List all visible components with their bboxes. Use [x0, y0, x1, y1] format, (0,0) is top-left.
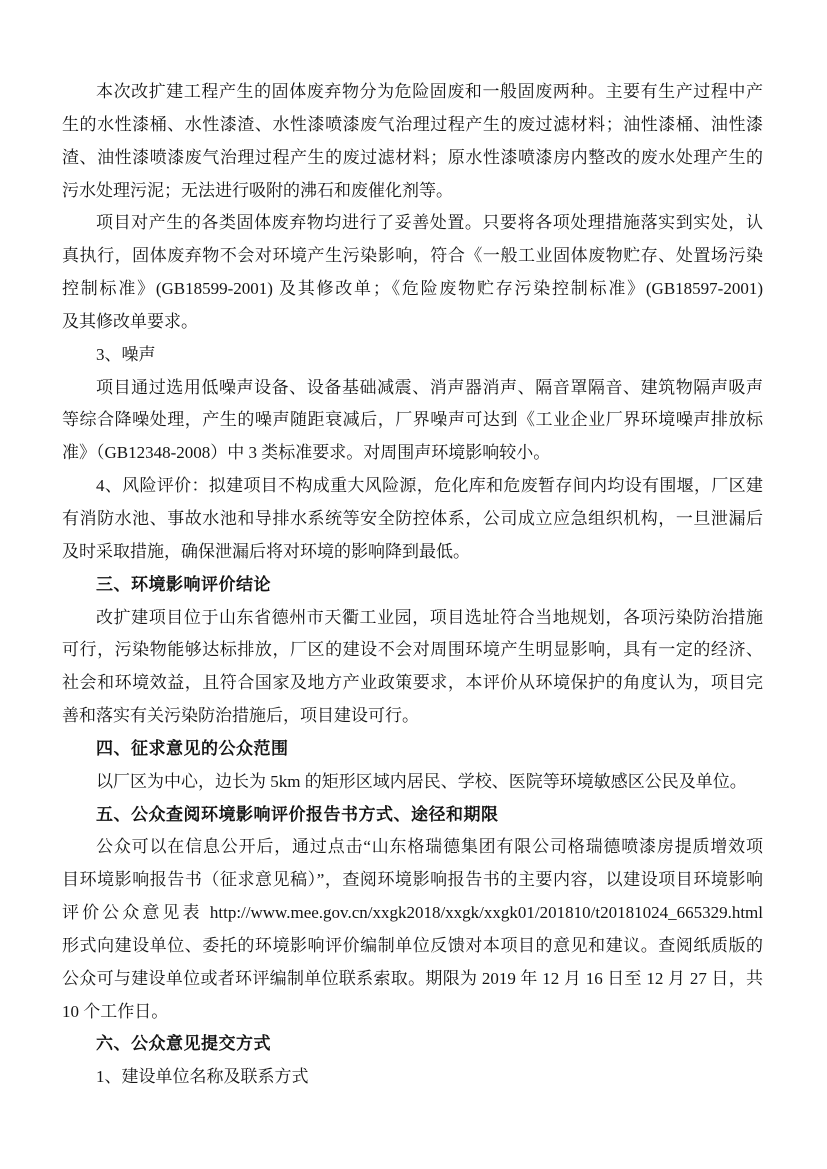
text-line: 改扩建项目位于山东省德州市天衢工业园，项目选址符合当地规划，各项污染防治措施: [62, 602, 763, 635]
text-line: 项目通过选用低噪声设备、设备基础减震、消声器消声、隔音罩隔音、建筑物隔声吸声: [62, 372, 763, 405]
text-line: 1、建设单位名称及联系方式: [62, 1061, 763, 1094]
text-line: 形式向建设单位、委托的环境影响评价编制单位反馈对本项目的意见和建议。查阅纸质版的: [62, 930, 763, 963]
text-line: 真执行，固体废弃物不会对环境产生污染影响，符合《一般工业固体废物贮存、处置场污染: [62, 240, 763, 273]
document-body: 本次改扩建工程产生的固体废弃物分为危险固废和一般固废两种。主要有生产过程中产 生…: [62, 76, 763, 1094]
text-line: 及时采取措施，确保泄漏后将对环境的影响降到最低。: [62, 536, 763, 569]
text-line: 项目对产生的各类固体废弃物均进行了妥善处置。只要将各项处理措施落实到实处，认: [62, 207, 763, 240]
text-line: 准》（GB12348-2008）中 3 类标准要求。对周围声环境影响较小。: [62, 437, 763, 470]
heading-eia-conclusion: 三、环境影响评价结论: [62, 569, 763, 602]
text-line: 目环境影响报告书（征求意见稿）”，查阅环境影响报告书的主要内容，以建设项目环境影…: [62, 864, 763, 897]
subheading-noise: 3、噪声: [62, 339, 763, 372]
text-line: 有消防水池、事故水池和导排水系统等安全防控体系，公司成立应急组织机构，一旦泄漏后: [62, 503, 763, 536]
text-line: 评价公众意见表 http://www.mee.gov.cn/xxgk2018/x…: [62, 897, 763, 930]
heading-opinion-submission: 六、公众意见提交方式: [62, 1028, 763, 1061]
text-line: 4、风险评价：拟建项目不构成重大风险源，危化库和危废暂存间内均设有围堰，厂区建: [62, 470, 763, 503]
text-line: 公众可以在信息公开后，通过点击“山东格瑞德集团有限公司格瑞德喷漆房提质增效项: [62, 831, 763, 864]
text-line: 善和落实有关污染防治措施后，项目建设可行。: [62, 700, 763, 733]
heading-text: 五、公众查阅环境影响评价报告书方式、途径和期限: [62, 799, 763, 832]
heading-text: 四、征求意见的公众范围: [62, 733, 763, 766]
text-line: 以厂区为中心，边长为 5km 的矩形区域内居民、学校、医院等环境敏感区公民及单位…: [62, 766, 763, 799]
text-line: 10 个工作日。: [62, 996, 763, 1029]
text-line: 渣、油性漆喷漆废气治理过程产生的废过滤材料；原水性漆喷漆房内整改的废水处理产生的: [62, 142, 763, 175]
document-page: 本次改扩建工程产生的固体废弃物分为危险固废和一般固废两种。主要有生产过程中产 生…: [0, 0, 827, 1169]
paragraph-eia-conclusion: 改扩建项目位于山东省德州市天衢工业园，项目选址符合当地规划，各项污染防治措施 可…: [62, 602, 763, 733]
text-line: 污水处理污泥；无法进行吸附的沸石和废催化剂等。: [62, 175, 763, 208]
text-line: 生的水性漆桶、水性漆渣、水性漆喷漆废气治理过程产生的废过滤材料；油性漆桶、油性漆: [62, 109, 763, 142]
paragraph-public-scope: 以厂区为中心，边长为 5km 的矩形区域内居民、学校、医院等环境敏感区公民及单位…: [62, 766, 763, 799]
paragraph-solid-waste-types: 本次改扩建工程产生的固体废弃物分为危险固废和一般固废两种。主要有生产过程中产 生…: [62, 76, 763, 207]
subheading-builder-contact: 1、建设单位名称及联系方式: [62, 1061, 763, 1094]
text-line: 等综合降噪处理，产生的噪声随距衰减后，厂界噪声可达到《工业企业厂界环境噪声排放标: [62, 404, 763, 437]
text-line: 3、噪声: [62, 339, 763, 372]
paragraph-noise-measures: 项目通过选用低噪声设备、设备基础减震、消声器消声、隔音罩隔音、建筑物隔声吸声 等…: [62, 372, 763, 471]
paragraph-solid-waste-disposal: 项目对产生的各类固体废弃物均进行了妥善处置。只要将各项处理措施落实到实处，认 真…: [62, 207, 763, 338]
paragraph-report-access: 公众可以在信息公开后，通过点击“山东格瑞德集团有限公司格瑞德喷漆房提质增效项 目…: [62, 831, 763, 1028]
text-line: 及其修改单要求。: [62, 306, 763, 339]
heading-text: 六、公众意见提交方式: [62, 1028, 763, 1061]
text-line: 可行，污染物能够达标排放，厂区的建设不会对周围环境产生明显影响，具有一定的经济、: [62, 634, 763, 667]
heading-report-access: 五、公众查阅环境影响评价报告书方式、途径和期限: [62, 799, 763, 832]
text-line: 本次改扩建工程产生的固体废弃物分为危险固废和一般固废两种。主要有生产过程中产: [62, 76, 763, 109]
text-line: 社会和环境效益，且符合国家及地方产业政策要求，本评价从环境保护的角度认为，项目完: [62, 667, 763, 700]
text-line: 控制标准》(GB18599-2001) 及其修改单；《危险废物贮存污染控制标准》…: [62, 273, 763, 306]
paragraph-risk-assessment: 4、风险评价：拟建项目不构成重大风险源，危化库和危废暂存间内均设有围堰，厂区建 …: [62, 470, 763, 569]
heading-text: 三、环境影响评价结论: [62, 569, 763, 602]
text-line: 公众可与建设单位或者环评编制单位联系索取。期限为 2019 年 12 月 16 …: [62, 963, 763, 996]
heading-public-scope: 四、征求意见的公众范围: [62, 733, 763, 766]
